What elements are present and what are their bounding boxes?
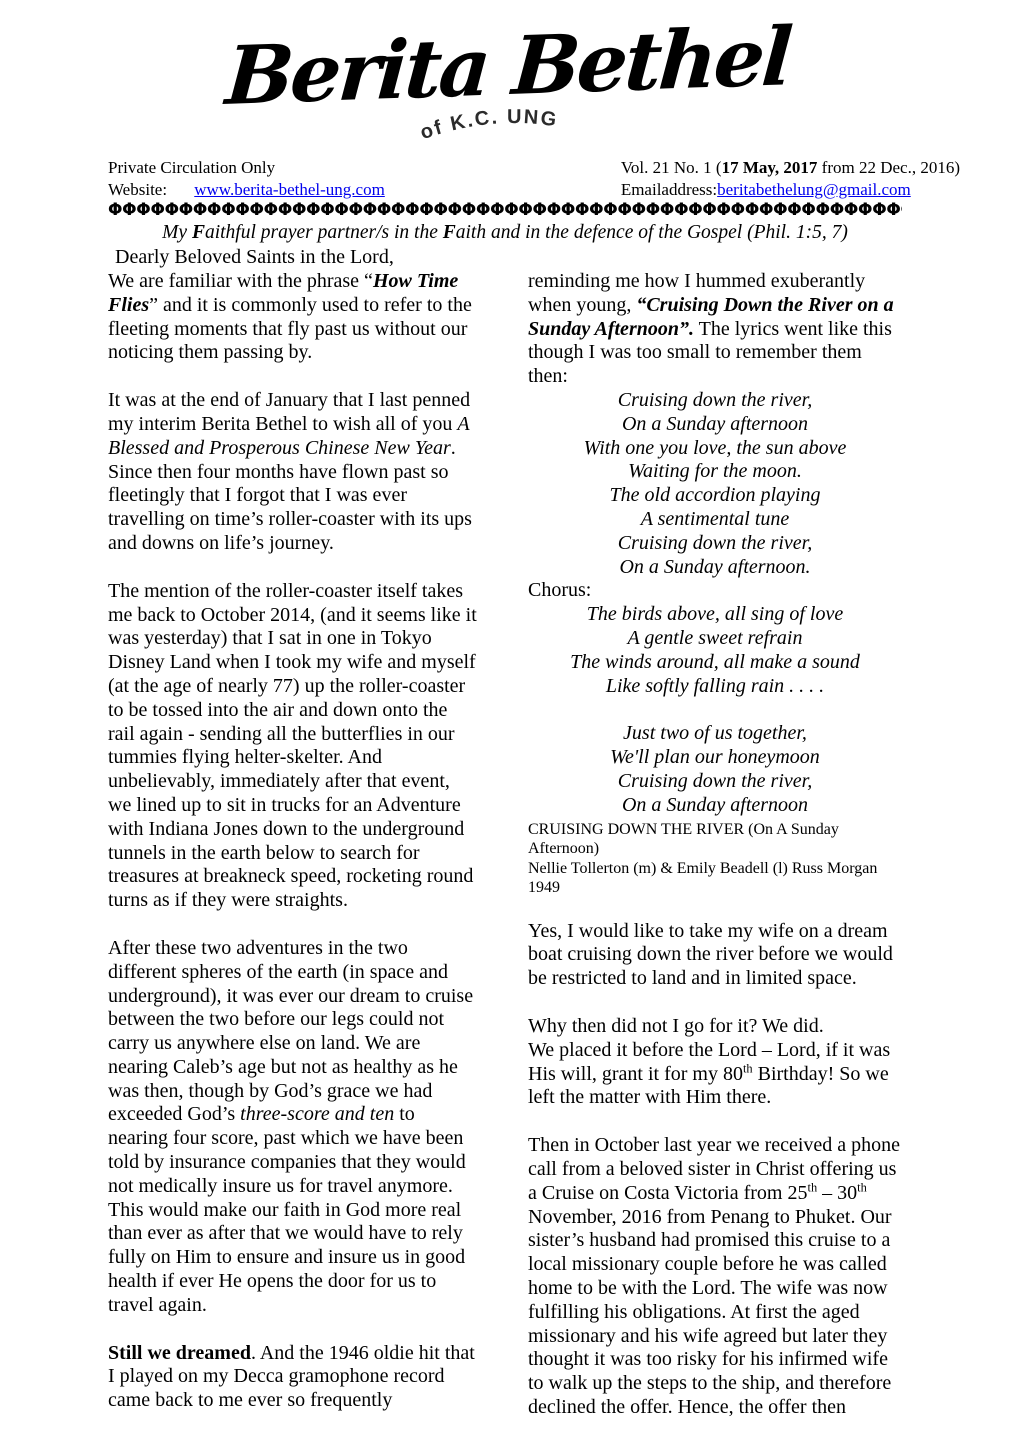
paragraph: After these two adventures in the two di… [108, 937, 478, 1318]
left-column: We are familiar with the phrase “How Tim… [108, 270, 478, 1420]
website-link[interactable]: www.berita-bethel-ung.com [194, 180, 385, 199]
masthead-meta: Private Circulation Only Website: www.be… [108, 157, 960, 201]
paragraph: reminding me how I hummed exuberantly wh… [528, 270, 902, 389]
circulation-note: Private Circulation Only [108, 157, 385, 179]
song-verse: Cruising down the river,On a Sunday afte… [528, 389, 902, 579]
paragraph: Then in October last year we received a … [528, 1134, 902, 1420]
song-verse: Just two of us together,We'll plan our h… [528, 722, 902, 817]
newsletter-page: Berita Bethel of K.C. UNG Private Circul… [0, 0, 1020, 1443]
paragraph: The mention of the roller-coaster itself… [108, 580, 478, 913]
email-label: Emailaddress: [621, 180, 717, 199]
paragraph: Why then did not I go for it? We did.We … [528, 1015, 902, 1110]
website-label: Website: [108, 179, 190, 201]
ornament-separator: ΦΦΦΦΦΦΦΦΦΦΦΦΦΦΦΦΦΦΦΦΦΦΦΦΦΦΦΦΦΦΦΦΦΦΦΦΦΦΦΦ… [108, 201, 902, 220]
paragraph: It was at the end of January that I last… [108, 389, 478, 556]
newsletter-title: Berita Bethel [224, 16, 793, 116]
masthead: Berita Bethel of K.C. UNG Private Circul… [108, 26, 960, 244]
paragraph: Yes, I would like to take my wife on a d… [528, 920, 902, 991]
chorus-label: Chorus: [528, 579, 902, 603]
right-column: reminding me how I hummed exuberantly wh… [528, 270, 902, 1420]
dedication-line: My Faithful prayer partner/s in the Fait… [108, 221, 902, 244]
song-caption: CRUISING DOWN THE RIVER (On A Sunday Aft… [528, 820, 902, 898]
paragraph: We are familiar with the phrase “How Tim… [108, 270, 478, 365]
song-chorus: The birds above, all sing of loveA gentl… [528, 603, 902, 698]
volume-line: Vol. 21 No. 1 (17 May, 2017 from 22 Dec.… [621, 157, 960, 179]
paragraph: Still we dreamed. And the 1946 oldie hit… [108, 1342, 478, 1413]
article-body: We are familiar with the phrase “How Tim… [108, 270, 902, 1420]
email-link[interactable]: beritabethelung@gmail.com [717, 180, 911, 199]
salutation: Dearly Beloved Saints in the Lord, [108, 246, 960, 270]
